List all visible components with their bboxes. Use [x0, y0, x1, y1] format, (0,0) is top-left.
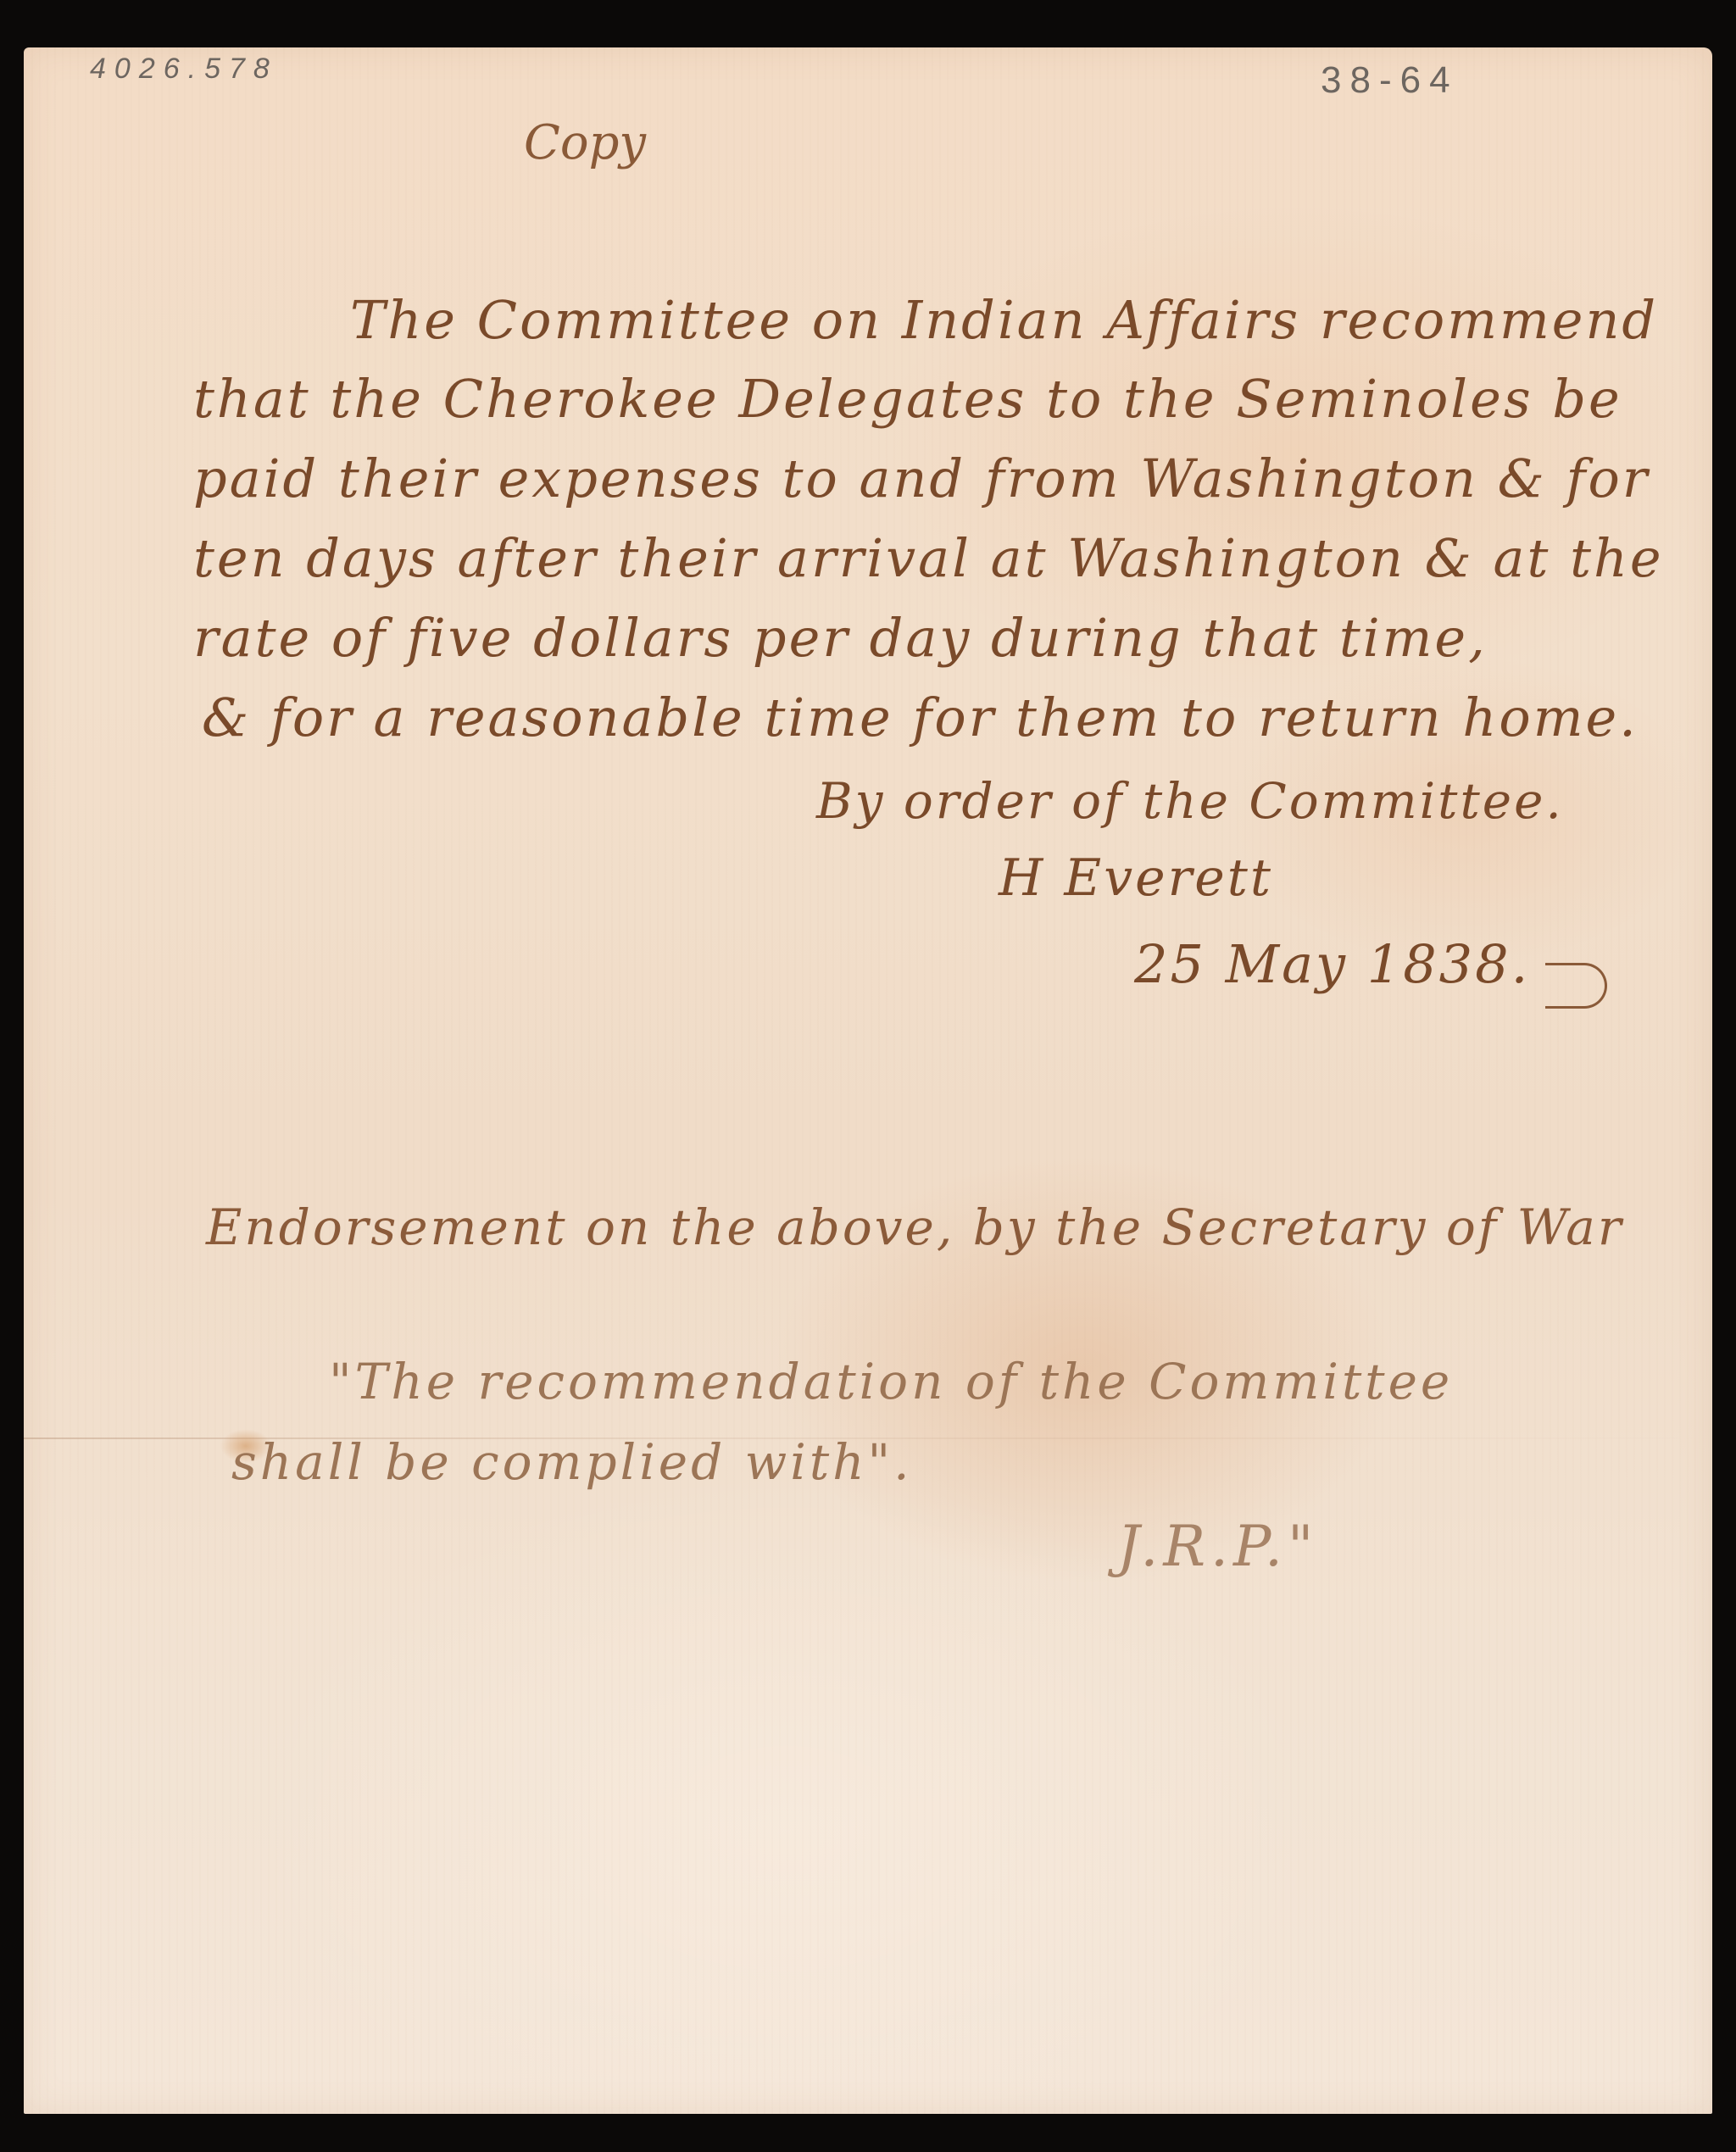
body-line: ten days after their arrival at Washingt…	[193, 527, 1664, 589]
endorsement-heading: Endorsement on the above, by the Secreta…	[206, 1198, 1624, 1256]
scan-frame: 4026.578 38-64 Copy The Committee on Ind…	[0, 0, 1736, 2152]
body-line: that the Cherokee Delegates to the Semin…	[193, 368, 1622, 430]
endorsement-quote-line: shall be complied with".	[231, 1433, 913, 1491]
body-line: paid their expenses to and from Washingt…	[193, 448, 1650, 509]
catalog-number: 38-64	[1321, 59, 1459, 102]
endorsement-initials: J.R.P."	[1117, 1514, 1318, 1579]
body-line: rate of five dollars per day during that…	[193, 607, 1488, 669]
endorsement-quote-line: "The recommendation of the Committee	[329, 1353, 1453, 1410]
body-line: & for a reasonable time for them to retu…	[202, 687, 1639, 748]
flourish-mark	[1545, 963, 1607, 1009]
accession-number: 4026.578	[90, 53, 278, 86]
body-line: The Committee on Indian Affairs recommen…	[350, 289, 1658, 351]
manuscript-page: 4026.578 38-64 Copy The Committee on Ind…	[24, 47, 1712, 2114]
signature: H Everett	[999, 848, 1273, 908]
closing-attribution: By order of the Committee.	[816, 772, 1564, 830]
document-date: 25 May 1838.	[1134, 933, 1530, 995]
copy-mark: Copy	[524, 115, 646, 170]
